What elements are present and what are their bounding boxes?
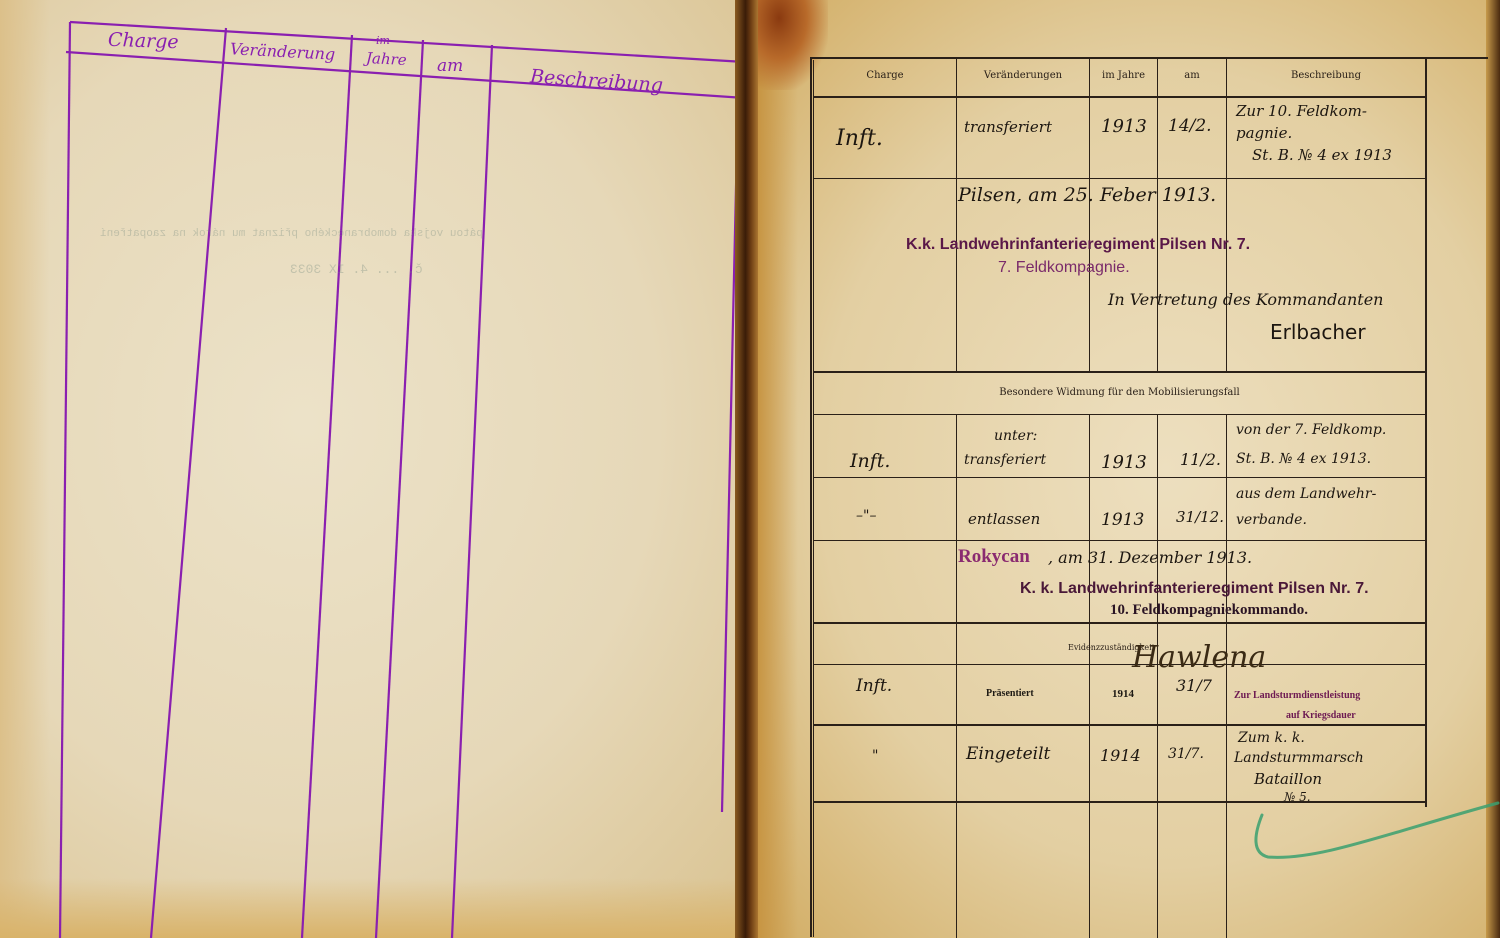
- left-page: Charge Veränderung im Jahre am Beschreib…: [0, 0, 758, 938]
- entry-year: 1913: [1101, 116, 1147, 137]
- entry-charge: Inft.: [836, 126, 883, 151]
- entry-change: transferiert: [964, 118, 1052, 136]
- entry-desc: St. B. № 4 ex 1913: [1252, 146, 1392, 164]
- table-rule: [813, 540, 1425, 541]
- mob-entry-year: 1913: [1101, 510, 1144, 530]
- entry-desc: Zur 10. Feldkom-: [1236, 102, 1367, 120]
- column-rule: [1089, 414, 1090, 938]
- column-rule: [1089, 59, 1090, 371]
- late-entry-charge: ": [872, 748, 878, 764]
- column-header-jahre: Jahre: [366, 49, 408, 69]
- place-stamp: Rokycan: [958, 546, 1030, 568]
- table-rule: [813, 371, 1425, 373]
- mob-entry-change: transferiert: [964, 452, 1046, 468]
- table-border: [813, 60, 814, 937]
- company-command-stamp: 10. Feldkompagniekommando.: [1110, 602, 1308, 619]
- date-handwritten: , am 31. Dezember 1913.: [1048, 548, 1252, 567]
- bleed-through-text: č. ... 4. IX 3033: [290, 262, 423, 277]
- mob-entry-date: 31/12.: [1176, 508, 1224, 526]
- section-title: Besondere Widmung für den Mobilisierungs…: [814, 387, 1425, 398]
- mob-entry-charge: Inft.: [850, 450, 890, 472]
- column-header-charge: Charge: [108, 29, 179, 53]
- late-entry-date: 31/7.: [1168, 746, 1204, 762]
- late-entry-year: 1914: [1112, 688, 1134, 700]
- table-rule: [813, 724, 1425, 726]
- place-date: Pilsen, am 25. Feber 1913.: [958, 184, 1216, 206]
- late-entry-desc: Bataillon: [1254, 770, 1322, 788]
- late-entry-charge: Inft.: [856, 676, 892, 696]
- entry-date: 14/2.: [1168, 116, 1212, 136]
- table-rule: [813, 664, 1425, 665]
- bleed-through-text: pátou vojska domobraneckého přiznat mu n…: [100, 228, 483, 240]
- mob-entry-date: 11/2.: [1180, 450, 1221, 469]
- late-entry-change: Eingeteilt: [966, 744, 1050, 764]
- column-header-am: am: [437, 56, 463, 76]
- column-rule: [956, 414, 957, 938]
- table-rule: [813, 178, 1425, 179]
- column-header-charge: Charge: [814, 70, 956, 81]
- column-rule: [1157, 414, 1158, 938]
- column-header-beschreibung: Beschreibung: [1227, 70, 1425, 81]
- mob-entry-year: 1913: [1101, 452, 1147, 473]
- mob-entry-desc: aus dem Landwehr-: [1236, 486, 1376, 502]
- late-entry-year: 1914: [1100, 746, 1141, 765]
- mob-entry-change: entlassen: [968, 510, 1040, 528]
- regiment-stamp: K.k. Landwehrinfanterieregiment Pilsen N…: [906, 236, 1250, 254]
- entry-desc: pagnie.: [1236, 124, 1292, 142]
- table-rule: [813, 622, 1425, 624]
- signed-line: In Vertretung des Kommandanten: [1108, 290, 1383, 309]
- mob-entry-change: unter:: [994, 428, 1037, 444]
- table-border: [1425, 57, 1427, 807]
- mob-entry-desc: verbande.: [1236, 512, 1307, 528]
- late-entry-desc: auf Kriegsdauer: [1286, 710, 1356, 721]
- page-shading: [758, 0, 798, 938]
- late-entry-desc: Zum k. k.: [1238, 730, 1305, 746]
- right-page: Charge Veränderungen im Jahre am Beschre…: [758, 0, 1500, 938]
- column-header-jahre-top: im: [376, 34, 390, 47]
- table-rule: [813, 414, 1425, 415]
- column-header-im-jahre: im Jahre: [1090, 70, 1157, 81]
- late-entry-desc: Zur Landsturmdienstleistung: [1234, 690, 1360, 701]
- column-rule: [956, 59, 957, 371]
- table-border: [810, 57, 812, 937]
- column-header-veraenderungen: Veränderungen: [957, 70, 1089, 81]
- late-entry-desc: Landsturmmarsch: [1234, 750, 1364, 766]
- column-rule: [1226, 59, 1227, 371]
- table-rule: [813, 477, 1425, 478]
- mob-entry-desc: von der 7. Feldkomp.: [1236, 422, 1386, 438]
- signature: Hawlena: [1132, 640, 1266, 675]
- regiment-stamp: K. k. Landwehrinfanterieregiment Pilsen …: [1020, 580, 1369, 598]
- late-entry-date: 31/7: [1176, 676, 1212, 695]
- mob-entry-charge: –"–: [856, 508, 876, 524]
- signature: Erlbacher: [1270, 320, 1366, 344]
- column-header-am: am: [1158, 70, 1226, 81]
- mob-entry-desc: St. B. № 4 ex 1913.: [1236, 451, 1371, 467]
- late-entry-change: Präsentiert: [986, 688, 1034, 699]
- column-rule: [1226, 414, 1227, 938]
- purple-ruled-table: [0, 0, 758, 938]
- column-rule: [1157, 59, 1158, 371]
- table-rule: [813, 96, 1425, 98]
- green-pencil-mark: [1248, 795, 1500, 865]
- company-stamp: 7. Feldkompagnie.: [998, 259, 1130, 277]
- table-border: [810, 57, 1488, 59]
